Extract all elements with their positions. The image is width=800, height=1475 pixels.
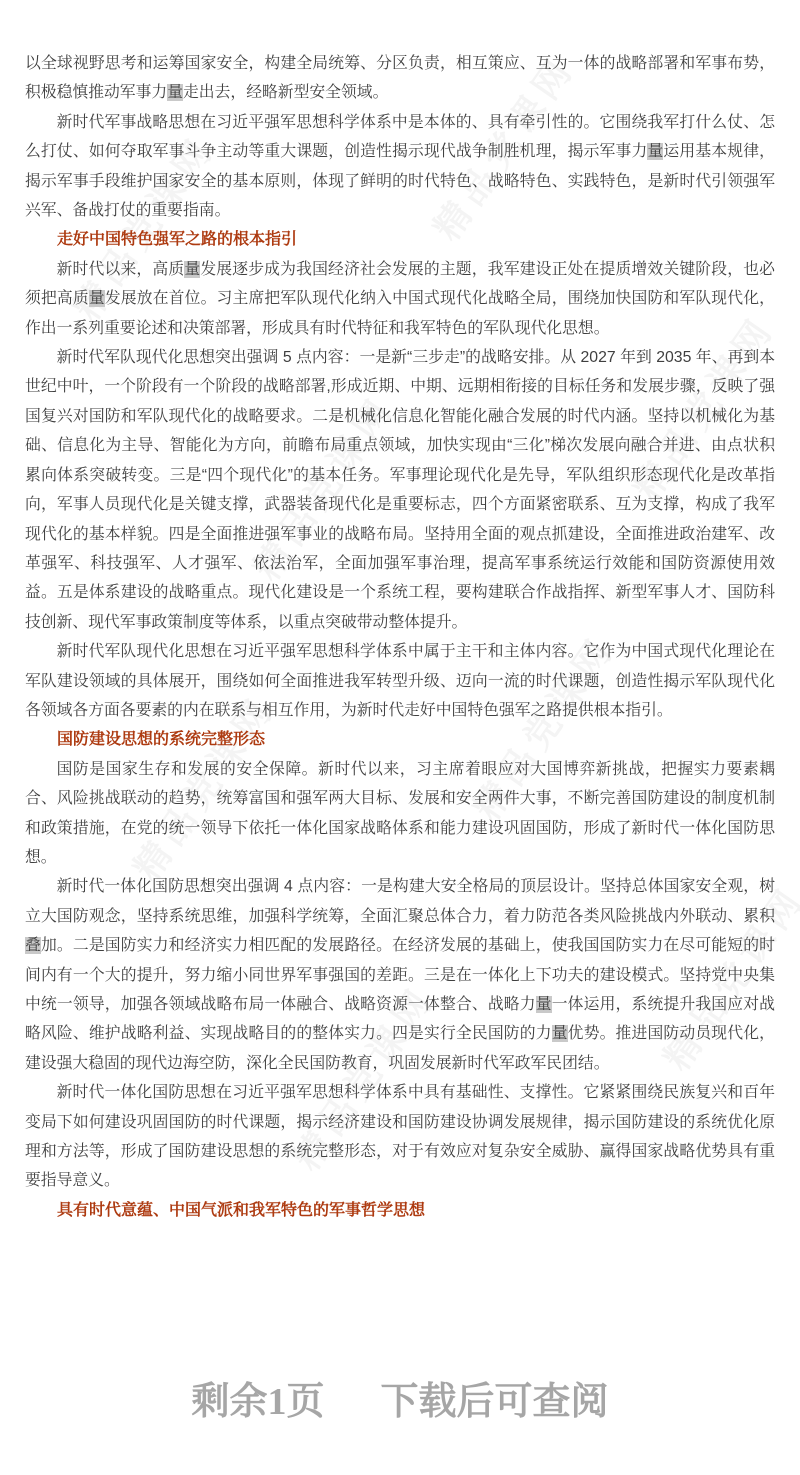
substituted-char-highlight: 量 (89, 290, 105, 307)
body-paragraph: 新时代一体化国防思想突出强调 4 点内容：一是构建大安全格局的顶层设计。坚持总体… (25, 872, 775, 1078)
document-content: 以全球视野思考和运筹国家安全，构建全局统筹、分区负责，相互策应、互为一体的战略部… (25, 49, 775, 1225)
download-hint-text: 下载后可查阅 (381, 1381, 609, 1423)
body-paragraph: 新时代一体化国防思想在习近平强军思想科学体系中具有基础性、支撑性。它紧紧围绕民族… (25, 1078, 775, 1196)
document-preview-page: 精品党课网 精品党课网 精品党课网 精品党课网 精品党课网 精品党课网 精品党课… (0, 0, 800, 1475)
substituted-char-highlight: 量 (552, 1025, 568, 1042)
substituted-char-highlight: 量 (184, 261, 200, 278)
substituted-char-highlight: 叠 (25, 937, 41, 954)
body-paragraph: 新时代军事战略思想在习近平强军思想科学体系中是本体的、具有牵引性的。它围绕我军打… (25, 108, 775, 226)
substituted-char-highlight: 量 (536, 996, 552, 1013)
body-paragraph: 新时代军队现代化思想突出强调 5 点内容：一是新“三步走”的战略安排。从 202… (25, 343, 775, 637)
remaining-pages-text: 剩余1页 (191, 1381, 324, 1423)
substituted-char-highlight: 量 (167, 84, 183, 101)
section-heading-strong-army-path: 走好中国特色强军之路的根本指引 (25, 225, 775, 254)
section-heading-military-philosophy: 具有时代意蕴、中国气派和我军特色的军事哲学思想 (25, 1196, 775, 1225)
body-paragraph: 新时代军队现代化思想在习近平强军思想科学体系中属于主干和主体内容。它作为中国式现… (25, 637, 775, 725)
substituted-char-highlight: 量 (647, 143, 663, 160)
body-paragraph: 以全球视野思考和运筹国家安全，构建全局统筹、分区负责，相互策应、互为一体的战略部… (25, 49, 775, 108)
body-paragraph: 国防是国家生存和发展的安全保障。新时代以来，习主席着眼应对大国博弈新挑战，把握实… (25, 755, 775, 873)
body-paragraph: 新时代以来，高质量发展逐步成为我国经济社会发展的主题，我军建设正处在提质增效关键… (25, 255, 775, 343)
remaining-pages-notice: 剩余1页下载后可查阅 (0, 1370, 800, 1425)
section-heading-national-defense: 国防建设思想的系统完整形态 (25, 725, 775, 754)
